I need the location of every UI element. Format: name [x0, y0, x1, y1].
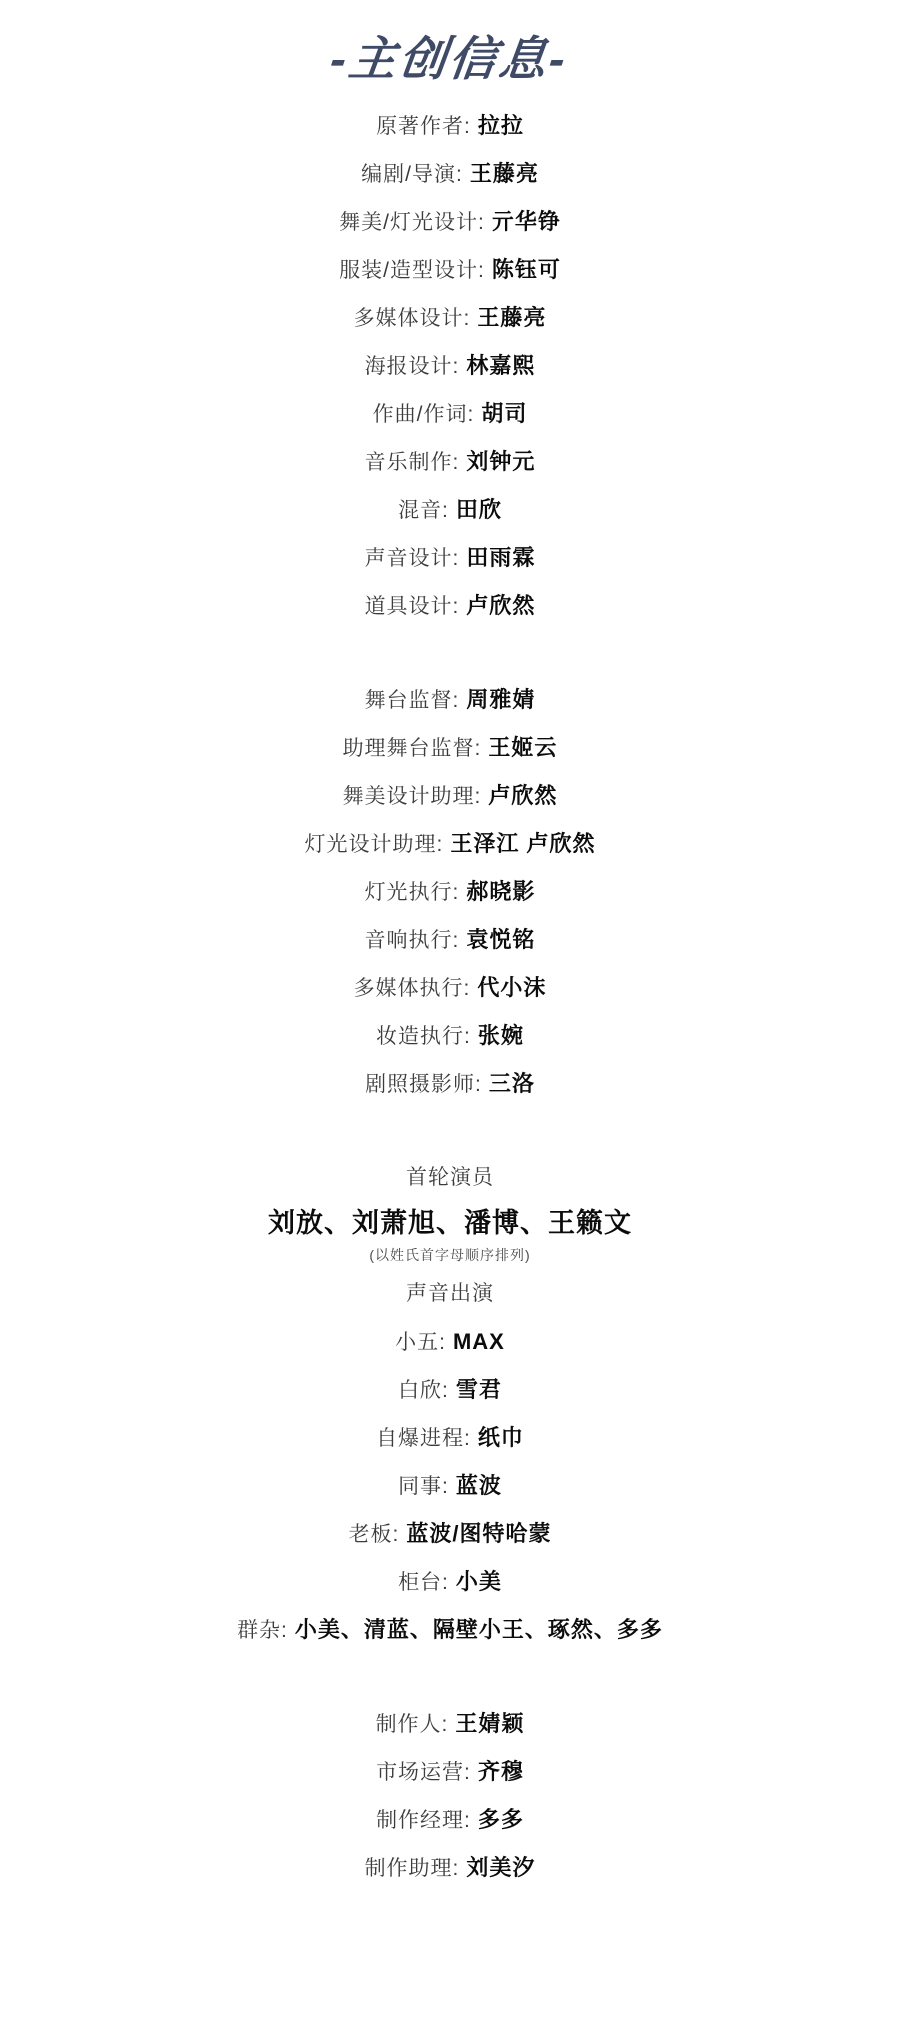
credit-role-label: 服装/造型设计:	[339, 259, 485, 282]
credit-row: 编剧/导演:王藤亮	[0, 150, 900, 198]
credit-row: 白欣:雪君	[0, 1366, 900, 1414]
cast-names: 刘放、刘萧旭、潘博、王籁文	[0, 1202, 900, 1244]
credit-role-label: 音乐制作:	[365, 451, 460, 474]
credit-role-label: 剧照摄影师:	[365, 1073, 482, 1096]
section-stage-team: 舞台监督:周雅婧 助理舞台监督:王姬云 舞美设计助理:卢欣然 灯光设计助理:王泽…	[0, 676, 900, 1108]
credit-person-name: 刘钟元	[466, 449, 535, 474]
credit-row: 自爆进程:纸巾	[0, 1414, 900, 1462]
page-title-wrap: -主创信息-	[0, 22, 900, 84]
credit-row: 舞美/灯光设计:亓华铮	[0, 198, 900, 246]
credit-person-name: 蓝波	[456, 1473, 502, 1498]
page-title: -主创信息-	[327, 22, 573, 89]
credit-row: 助理舞台监督:王姬云	[0, 724, 900, 772]
credit-person-name: 卢欣然	[488, 783, 557, 808]
credit-person-name: 田雨霖	[466, 545, 535, 570]
credit-row: 舞台监督:周雅婧	[0, 676, 900, 724]
credit-role-label: 舞美/灯光设计:	[339, 211, 485, 234]
credit-role-label: 制作助理:	[365, 1857, 460, 1880]
credit-role-label: 海报设计:	[365, 355, 460, 378]
cast-header: 首轮演员	[0, 1154, 900, 1202]
credit-person-name: 多多	[478, 1807, 524, 1832]
credit-row: 音响执行:袁悦铭	[0, 916, 900, 964]
credit-role-label: 市场运营:	[376, 1761, 471, 1784]
credit-person-name: 王藤亮	[477, 305, 546, 330]
credit-person-name: 小美、清蓝、隔壁小王、琢然、多多	[295, 1617, 663, 1642]
credit-person-name: 张婉	[478, 1023, 524, 1048]
credit-row: 灯光执行:郝晓影	[0, 868, 900, 916]
credit-role-label: 灯光执行:	[365, 881, 460, 904]
credit-role-label: 混音:	[398, 499, 449, 522]
credit-row: 舞美设计助理:卢欣然	[0, 772, 900, 820]
credit-role-label: 舞台监督:	[365, 689, 460, 712]
credit-person-name: 林嘉熙	[466, 353, 535, 378]
credit-row: 柜台:小美	[0, 1558, 900, 1606]
credit-person-name: 雪君	[456, 1377, 502, 1402]
credit-row: 妆造执行:张婉	[0, 1012, 900, 1060]
credit-person-name: 胡司	[481, 401, 527, 426]
credit-row: 老板:蓝波/图特哈蒙	[0, 1510, 900, 1558]
credit-person-name: 蓝波/图特哈蒙	[406, 1521, 551, 1546]
credit-role-label: 柜台:	[398, 1571, 449, 1594]
credit-row: 制作人:王婧颖	[0, 1700, 900, 1748]
credit-row: 灯光设计助理:王泽江 卢欣然	[0, 820, 900, 868]
credit-person-name: 齐穆	[478, 1759, 524, 1784]
credit-row: 群杂:小美、清蓝、隔壁小王、琢然、多多	[0, 1606, 900, 1654]
credit-role-label: 同事:	[398, 1475, 449, 1498]
credit-role-label: 声音设计:	[365, 547, 460, 570]
credit-role-label: 群杂:	[237, 1619, 288, 1642]
credit-row: 作曲/作词:胡司	[0, 390, 900, 438]
credit-row: 海报设计:林嘉熙	[0, 342, 900, 390]
credit-person-name: 王藤亮	[470, 161, 539, 186]
credit-person-name: 王姬云	[488, 735, 557, 760]
section-creative-team: 原著作者:拉拉 编剧/导演:王藤亮 舞美/灯光设计:亓华铮 服装/造型设计:陈钰…	[0, 102, 900, 630]
credit-person-name: 陈钰可	[492, 257, 561, 282]
credit-row: 多媒体执行:代小沫	[0, 964, 900, 1012]
credit-role-label: 灯光设计助理:	[305, 833, 444, 856]
cast-note: (以姓氏首字母顺序排列)	[0, 1244, 900, 1270]
credit-row: 小五:MAX	[0, 1318, 900, 1366]
credit-person-name: 田欣	[456, 497, 502, 522]
credit-role-label: 音响执行:	[365, 929, 460, 952]
credit-person-name: 郝晓影	[466, 879, 535, 904]
credit-row: 原著作者:拉拉	[0, 102, 900, 150]
voice-cast-header: 声音出演	[0, 1270, 900, 1318]
credit-person-name: 王泽江 卢欣然	[450, 831, 595, 856]
credits-page: -主创信息- 原著作者:拉拉 编剧/导演:王藤亮 舞美/灯光设计:亓华铮 服装/…	[0, 0, 900, 1892]
section-cast: 首轮演员 刘放、刘萧旭、潘博、王籁文 (以姓氏首字母顺序排列) 声音出演 小五:…	[0, 1154, 900, 1654]
credit-row: 声音设计:田雨霖	[0, 534, 900, 582]
credit-row: 混音:田欣	[0, 486, 900, 534]
credit-role-label: 自爆进程:	[376, 1427, 471, 1450]
credit-row: 服装/造型设计:陈钰可	[0, 246, 900, 294]
credit-role-label: 舞美设计助理:	[343, 785, 482, 808]
credit-role-label: 道具设计:	[365, 595, 460, 618]
credit-person-name: 代小沫	[477, 975, 546, 1000]
credit-row: 剧照摄影师:三洛	[0, 1060, 900, 1108]
credit-role-label: 妆造执行:	[376, 1025, 471, 1048]
credit-role-label: 老板:	[349, 1523, 400, 1546]
credit-person-name: 周雅婧	[466, 687, 535, 712]
credit-person-name: 三洛	[489, 1071, 535, 1096]
credit-row: 音乐制作:刘钟元	[0, 438, 900, 486]
credit-role-label: 白欣:	[398, 1379, 449, 1402]
credit-row: 多媒体设计:王藤亮	[0, 294, 900, 342]
credit-person-name: 王婧颖	[455, 1711, 524, 1736]
voice-cast-list: 小五:MAX 白欣:雪君 自爆进程:纸巾 同事:蓝波 老板:蓝波/图特哈蒙	[0, 1318, 900, 1654]
credit-role-label: 助理舞台监督:	[343, 737, 482, 760]
credit-person-name: 纸巾	[478, 1425, 524, 1450]
section-production-team: 制作人:王婧颖 市场运营:齐穆 制作经理:多多 制作助理:刘美汐	[0, 1700, 900, 1892]
credit-person-name: 小美	[456, 1569, 502, 1594]
credit-person-name: 亓华铮	[492, 209, 561, 234]
credit-row: 市场运营:齐穆	[0, 1748, 900, 1796]
credit-row: 制作经理:多多	[0, 1796, 900, 1844]
credit-role-label: 小五:	[395, 1331, 446, 1354]
credit-row: 制作助理:刘美汐	[0, 1844, 900, 1892]
credit-person-name: 袁悦铭	[466, 927, 535, 952]
credit-role-label: 制作经理:	[376, 1809, 471, 1832]
credit-role-label: 多媒体执行:	[354, 977, 471, 1000]
credit-person-name: 卢欣然	[466, 593, 535, 618]
credit-role-label: 制作人:	[376, 1713, 449, 1736]
credit-person-name: 拉拉	[478, 113, 524, 138]
credit-person-name: 刘美汐	[466, 1855, 535, 1880]
credit-row: 道具设计:卢欣然	[0, 582, 900, 630]
credit-row: 同事:蓝波	[0, 1462, 900, 1510]
credit-role-label: 多媒体设计:	[354, 307, 471, 330]
credit-role-label: 原著作者:	[376, 115, 471, 138]
credit-person-name: MAX	[453, 1329, 505, 1354]
credit-role-label: 作曲/作词:	[373, 403, 475, 426]
credit-role-label: 编剧/导演:	[361, 163, 463, 186]
